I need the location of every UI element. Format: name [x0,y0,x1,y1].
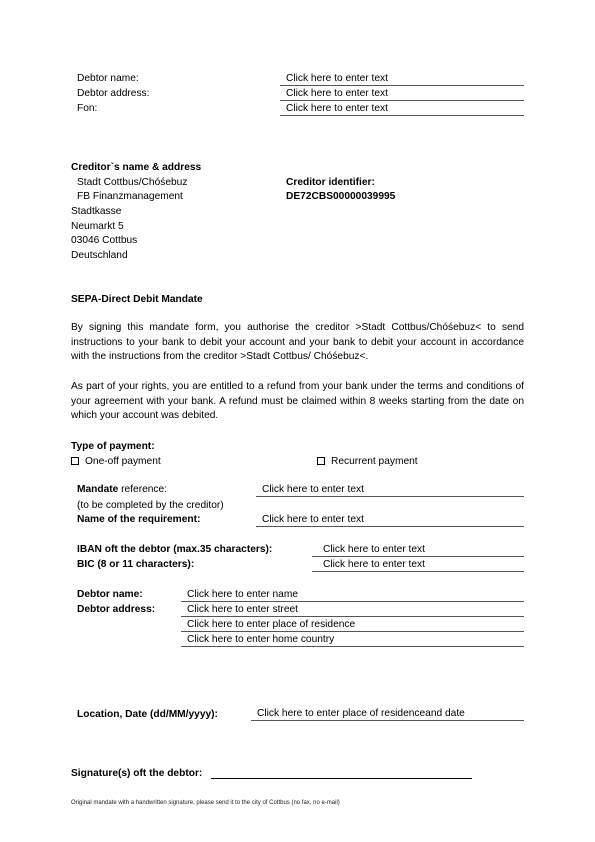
top-debtor-address-field[interactable]: Click here to enter text [280,87,524,101]
signature-label: Signature(s) oft the debtor: [71,767,202,780]
bic-field[interactable]: Click here to enter text [312,558,524,572]
creditor-address-line: Stadt Cottbus/Chóśebuz [77,176,187,189]
creditor-heading: Creditor`s name & address [71,161,201,174]
location-date-label: Location, Date (dd/MM/yyyy): [77,708,218,721]
one-off-payment-label: One-off payment [85,456,161,467]
debtor-name-field[interactable]: Click here to enter name [181,588,524,602]
mandate-reference-label-rest: reference: [118,484,167,495]
requirement-name-label: Name of the requirement: [77,513,200,526]
top-debtor-name-field[interactable]: Click here to enter text [280,72,524,86]
location-date-field[interactable]: Click here to enter place of residencean… [251,707,524,721]
creditor-address-line: FB Finanzmanagement [77,190,183,203]
top-debtor-name-label: Debtor name: [77,72,139,85]
creditor-address-line: Deutschland [71,249,128,262]
creditor-identifier-value: DE72CBS00000039995 [286,190,395,203]
mandate-title: SEPA-Direct Debit Mandate [71,293,203,306]
creditor-identifier-label: Creditor identifier: [286,176,375,189]
debtor-street-field[interactable]: Click here to enter street [181,603,524,617]
top-fon-label: Fon: [77,102,97,115]
iban-field[interactable]: Click here to enter text [312,543,524,557]
top-debtor-address-label: Debtor address: [77,87,149,100]
mandate-reference-note: (to be completed by the creditor) [77,499,224,512]
bic-label: BIC (8 or 11 characters): [77,558,194,571]
creditor-address-line: 03046 Cottbus [71,234,137,247]
checkbox-icon[interactable] [71,457,79,465]
recurrent-payment-label: Recurrent payment [331,456,418,467]
debtor-residence-field[interactable]: Click here to enter place of residence [181,618,524,632]
mandate-reference-label: Mandate reference: [77,483,167,496]
mandate-paragraph-refund: As part of your rights, you are entitled… [71,380,524,424]
footer-note: Original mandate with a handwritten sign… [71,797,340,810]
debtor-country-field[interactable]: Click here to enter home country [181,633,524,647]
payment-type-label: Type of payment: [71,440,155,453]
one-off-payment-option[interactable]: One-off payment [71,455,161,468]
top-fon-field[interactable]: Click here to enter text [280,102,524,116]
requirement-name-field[interactable]: Click here to enter text [256,513,524,527]
mandate-reference-label-bold: Mandate [77,484,118,495]
debtor-name-label: Debtor name: [77,588,143,601]
mandate-reference-field[interactable]: Click here to enter text [256,483,524,497]
mandate-paragraph-authorisation: By signing this mandate form, you author… [71,321,524,365]
signature-line[interactable] [211,778,472,779]
creditor-address-line: Stadtkasse [71,205,121,218]
recurrent-payment-option[interactable]: Recurrent payment [317,455,418,468]
debtor-address-label: Debtor address: [77,603,155,616]
creditor-address-line: Neumarkt 5 [71,220,124,233]
iban-label: IBAN oft the debtor (max.35 characters): [77,543,272,556]
checkbox-icon[interactable] [317,457,325,465]
